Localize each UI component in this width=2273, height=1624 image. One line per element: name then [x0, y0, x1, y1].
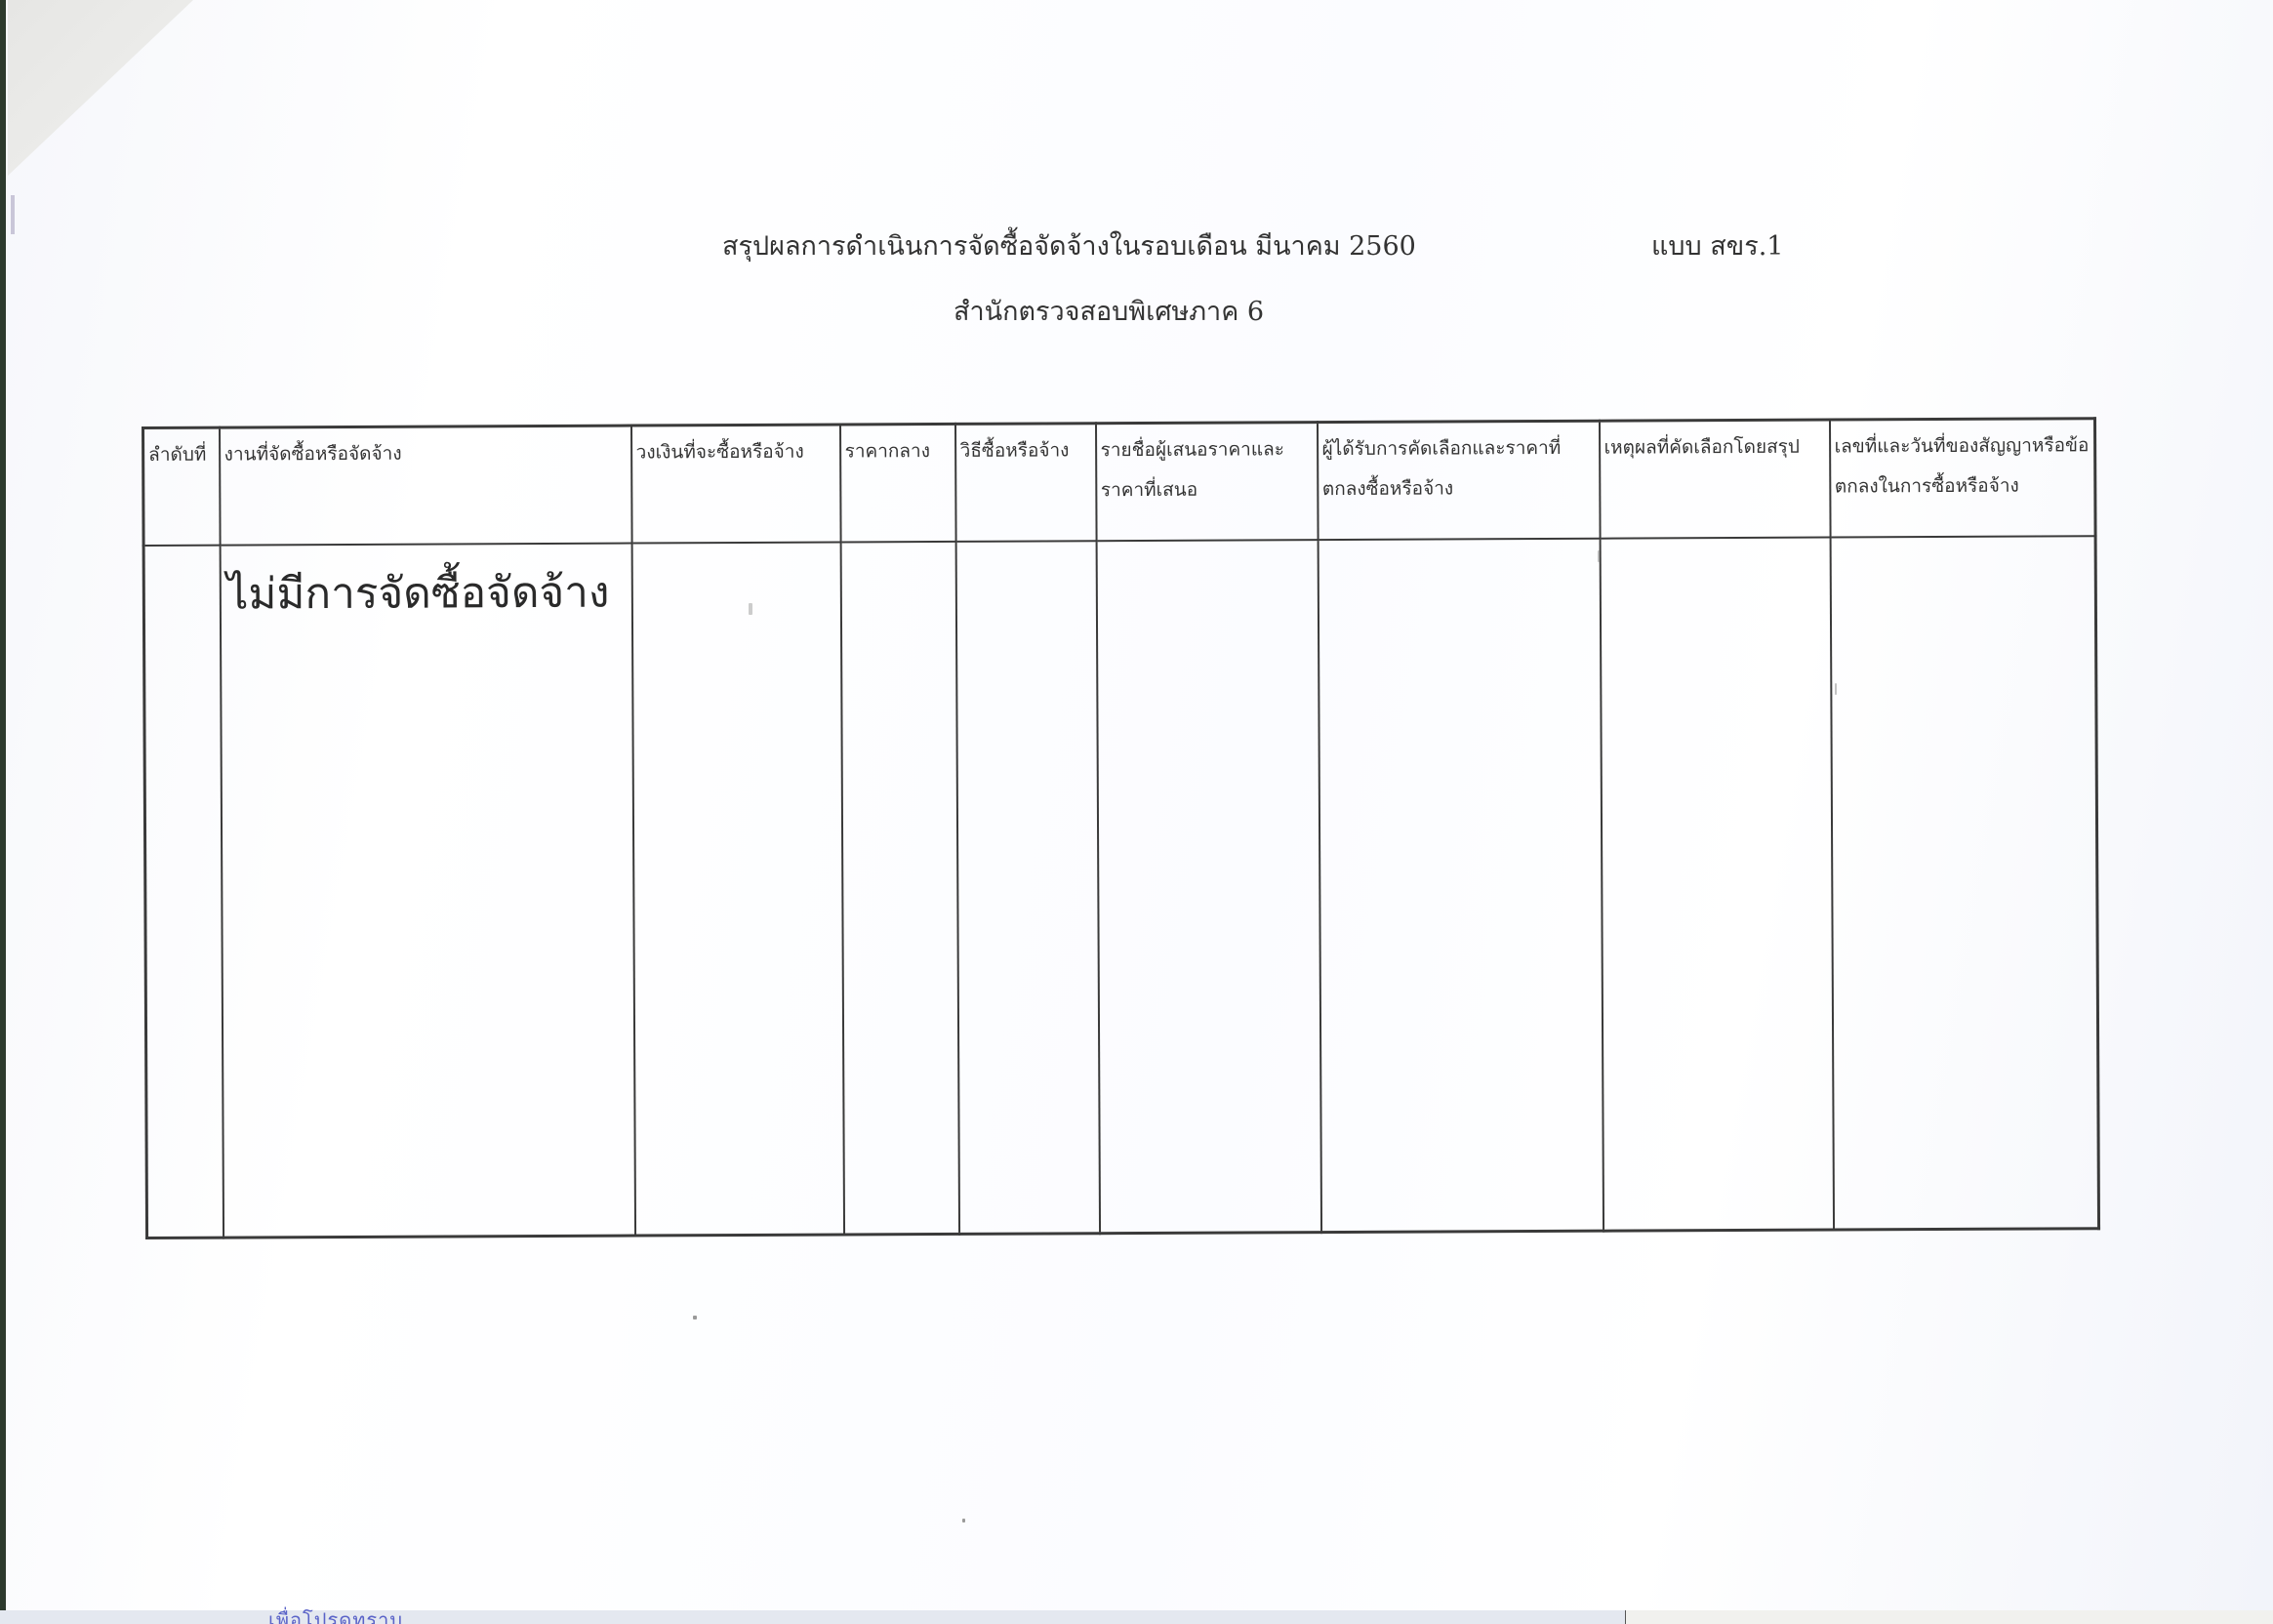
- scan-speck: [693, 1316, 697, 1319]
- column-header-order: ลำดับที่: [143, 427, 221, 545]
- column-header-contract: เลขที่และวันที่ของสัญญาหรือข้อตกลงในการซ…: [1829, 419, 2095, 537]
- cell-item: ไม่มีการจัดซื้อจัดจ้าง: [220, 543, 634, 1238]
- column-header-method: วิธีซื้อหรือจ้าง: [954, 424, 1096, 542]
- document-subtitle: สำนักตรวจสอบพิเศษภาค 6: [954, 290, 1264, 332]
- scan-speck: [1835, 683, 1837, 695]
- form-code: แบบ สขร.1: [1651, 224, 1783, 266]
- table-row: ไม่มีการจัดซื้อจัดจ้าง: [143, 536, 2098, 1238]
- cell-reference-price: [840, 541, 958, 1235]
- cell-budget: [631, 542, 843, 1236]
- column-header-reference-price: ราคากลาง: [839, 424, 955, 542]
- procurement-summary-table: ลำดับที่ งานที่จัดซื้อหรือจัดจ้าง วงเงิน…: [142, 417, 2100, 1239]
- cell-method: [955, 541, 1099, 1235]
- scan-speck: [1598, 550, 1600, 562]
- scan-mark: [11, 195, 15, 234]
- scan-speck: [962, 1519, 965, 1522]
- scan-bottom-edge-right: [1625, 1610, 2273, 1624]
- stamp-partial-text: เพื่อโปรดทราบ: [268, 1604, 403, 1624]
- procurement-table-container: ลำดับที่ งานที่จัดซื้อหรือจัดจ้าง วงเงิน…: [142, 417, 2097, 1239]
- column-header-reason: เหตุผลที่คัดเลือกโดยสรุป: [1599, 420, 1830, 538]
- cell-contract: [1830, 536, 2098, 1230]
- table-header-row: ลำดับที่ งานที่จัดซื้อหรือจัดจ้าง วงเงิน…: [143, 419, 2096, 546]
- column-header-selected: ผู้ได้รับการคัดเลือกและราคาที่ตกลงซื้อหร…: [1317, 421, 1600, 539]
- cell-bidders: [1096, 540, 1320, 1234]
- column-header-item: งานที่จัดซื้อหรือจัดจ้าง: [220, 426, 632, 545]
- cell-order: [143, 545, 223, 1238]
- column-header-bidders: รายชื่อผู้เสนอราคาและราคาที่เสนอ: [1095, 423, 1318, 541]
- scan-speck: [749, 603, 752, 615]
- scan-edge: [0, 0, 6, 1624]
- document-title: สรุปผลการดำเนินการจัดซื้อจัดจ้างในรอบเดื…: [722, 224, 1416, 266]
- no-procurement-note: ไม่มีการจัดซื้อจัดจ้าง: [224, 565, 627, 622]
- cell-reason: [1600, 537, 1833, 1231]
- cell-selected: [1318, 538, 1603, 1232]
- column-header-budget: วงเงินที่จะซื้อหรือจ้าง: [631, 425, 841, 543]
